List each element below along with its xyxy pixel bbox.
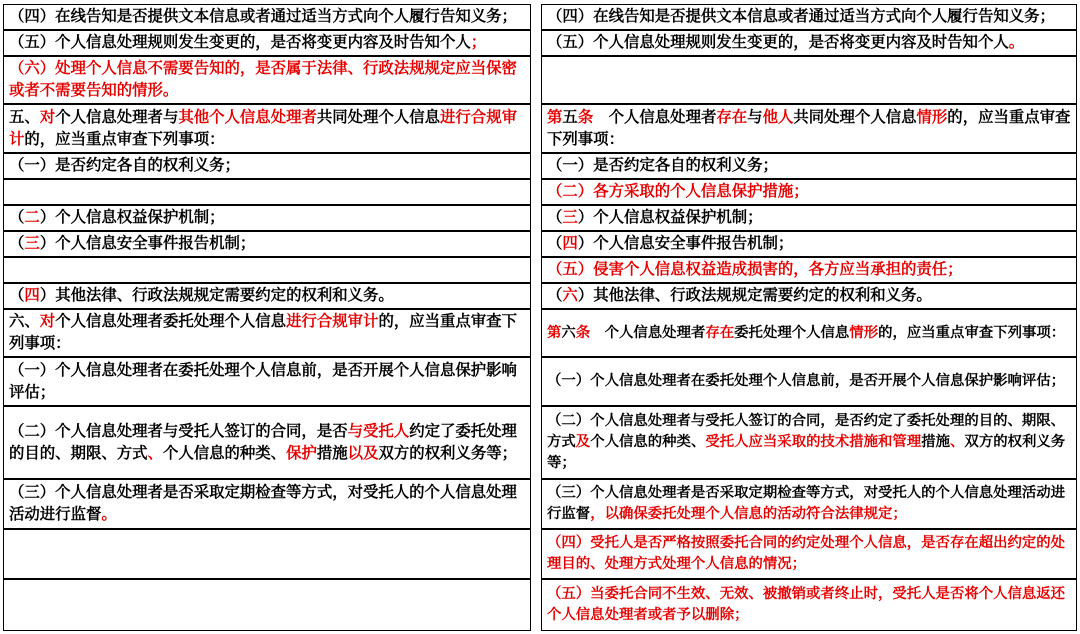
table-row: 六、对个人信息处理者委托处理个人信息进行合规审计的，应当重点审查下列事项：第六条… [3,309,1077,357]
right-cell [541,56,1077,104]
text-segment: （三）个人信息处理者是否采取定期检查等方式，对受托人的个人信息处理活动进行监督 [9,484,517,523]
table-row: （五）侵害个人信息权益造成损害的，各方应当承担的责任； [3,257,1077,283]
text-segment: 三 [24,235,39,252]
text-segment: 。 [1009,34,1024,51]
text-segment: ）个人信息权益保护机制； [40,209,225,226]
text-segment: 委托处理个人信息 [734,325,849,341]
table-row: （五）当委托合同不生效、无效、被撤销或者终止时，受托人是否将个人信息返还个人信息… [3,579,1077,631]
document-page: （四）在线告知是否提供文本信息或者通过适当方式向个人履行告知义务；（四）在线告知… [0,0,1080,634]
text-segment: 三 [562,209,577,226]
text-segment: （四）在线告知是否提供文本信息或者通过适当方式向个人履行告知义务； [9,8,517,25]
table-row: （一）个人信息处理者在委托处理个人信息前，是否开展个人信息保护影响评估；（一）个… [3,357,1077,406]
text-segment: （二）个人信息处理者与受托人签订的合同，是否 [9,423,348,440]
column-gap [531,30,541,56]
text-segment: ； [471,34,486,51]
left-cell: 六、对个人信息处理者委托处理个人信息进行合规审计的，应当重点审查下列事项： [3,309,531,357]
table-row: （二）各方采取的个人信息保护措施； [3,179,1077,205]
text-segment: 情形 [849,325,878,341]
text-segment: 个人信息处理者与 [55,109,178,126]
text-segment: （ [547,235,562,252]
text-segment: （ [547,209,562,226]
text-segment: 个人信息处理者 [590,325,705,341]
text-segment: ）个人信息权益保护机制； [578,209,763,226]
text-segment: 共同处理个人信息 [793,109,916,126]
text-segment: 以及 [348,445,379,462]
text-segment: 措施 [921,434,950,450]
table-body: （四）在线告知是否提供文本信息或者通过适当方式向个人履行告知义务；（四）在线告知… [3,4,1077,631]
table-row: （四）受托人是否严格按照委托合同的约定处理个人信息，是否存在超出约定的处理目的、… [3,529,1077,579]
text-segment: （一）个人信息处理者在委托处理个人信息前，是否开展个人信息保护影响评估； [547,373,1065,389]
right-cell: （五）侵害个人信息权益造成损害的，各方应当承担的责任； [541,257,1077,283]
text-segment: （五）个人信息处理规则发生变更的，是否将变更内容及时告知个人 [547,34,1009,51]
table-row: （五）个人信息处理规则发生变更的，是否将变更内容及时告知个人；（五）个人信息处理… [3,30,1077,56]
text-segment: （四）在线告知是否提供文本信息或者通过适当方式向个人履行告知义务； [547,8,1055,25]
table-row: （二）个人信息处理者与受托人签订的合同，是否与受托人约定了委托处理的目的、期限、… [3,406,1077,479]
right-cell: （二）个人信息处理者与受托人签订的合同，是否约定了委托处理的目的、期限、方式及个… [541,406,1077,479]
text-segment: 个人信息处理者委托处理个人信息 [55,313,286,330]
text-segment: （四）受托人是否严格按照委托合同的约定处理个人信息，是否存在超出约定的处理目的、… [547,535,1065,572]
text-segment: 他人 [763,109,794,126]
right-cell: （一）个人信息处理者在委托处理个人信息前，是否开展个人信息保护影响评估； [541,357,1077,406]
right-cell: （六）其他法律、行政法规规定需要约定的权利和义务。 [541,283,1077,309]
text-segment: 对 [40,313,55,330]
left-cell: （二）个人信息处理者与受托人签订的合同，是否与受托人约定了委托处理的目的、期限、… [3,406,531,479]
left-cell: （一）个人信息处理者在委托处理个人信息前，是否开展个人信息保护影响评估； [3,357,531,406]
left-cell: （三）个人信息处理者是否采取定期检查等方式，对受托人的个人信息处理活动进行监督。 [3,479,531,529]
text-segment: （一）是否约定各自的权利义务； [547,157,778,174]
column-gap [531,4,541,30]
right-cell: （四）在线告知是否提供文本信息或者通过适当方式向个人履行告知义务； [541,4,1077,30]
text-segment: 四 [24,287,39,304]
left-cell: （一）是否约定各自的权利义务； [3,153,531,179]
column-gap [531,309,541,357]
column-gap [531,179,541,205]
text-segment: 、 [950,434,964,450]
table-row: （二）个人信息权益保护机制；（三）个人信息权益保护机制； [3,205,1077,231]
text-segment: （ [9,235,24,252]
text-segment: 其他个人信息处理者 [178,109,317,126]
text-segment: 五、 [9,109,40,126]
right-cell: （二）各方采取的个人信息保护措施； [541,179,1077,205]
text-segment: ）个人信息安全事件报告机制； [40,235,255,252]
comparison-table: （四）在线告知是否提供文本信息或者通过适当方式向个人履行告知义务；（四）在线告知… [3,4,1077,631]
column-gap [531,104,541,153]
left-cell [3,257,531,283]
column-gap [531,231,541,257]
text-segment: 的，应当重点审查下列事项： [24,131,224,148]
text-segment: ）其他法律、行政法规规定需要约定的权利和义务。 [40,287,394,304]
right-cell: （三）个人信息权益保护机制； [541,205,1077,231]
right-cell: 第五条 个人信息处理者存在与他人共同处理个人信息情形的，应当重点审查下列事项： [541,104,1077,153]
table-row: （一）是否约定各自的权利义务；（一）是否约定各自的权利义务； [3,153,1077,179]
text-segment: 条 [576,325,590,341]
text-segment: 情形 [917,109,948,126]
text-segment: 条 [578,109,593,126]
text-segment: 共同处理个人信息 [317,109,440,126]
text-segment: 。 [101,506,116,523]
text-segment: 二 [24,209,39,226]
text-segment: 存在 [705,325,734,341]
table-row: （三）个人信息安全事件报告机制；（四）个人信息安全事件报告机制； [3,231,1077,257]
column-gap [531,479,541,529]
text-segment: 措施 [317,445,348,462]
right-cell: （一）是否约定各自的权利义务； [541,153,1077,179]
text-segment: 及 [576,434,590,450]
text-segment: 第 [547,109,562,126]
table-row: （四）在线告知是否提供文本信息或者通过适当方式向个人履行告知义务；（四）在线告知… [3,4,1077,30]
text-segment: （二）各方采取的个人信息保护措施； [547,183,809,200]
table-row: （四）其他法律、行政法规规定需要约定的权利和义务。（六）其他法律、行政法规规定需… [3,283,1077,309]
text-segment: 对 [40,109,55,126]
text-segment: ）个人信息安全事件报告机制； [578,235,793,252]
text-segment: ，以确保委托处理个人信息的活动符合法律规定； [590,506,907,522]
text-segment: 四 [562,235,577,252]
column-gap [531,357,541,406]
left-cell: （四）在线告知是否提供文本信息或者通过适当方式向个人履行告知义务； [3,4,531,30]
left-cell [3,529,531,579]
text-segment: 与 [747,109,762,126]
column-gap [531,153,541,179]
text-segment: （五）侵害个人信息权益造成损害的，各方应当承担的责任； [547,261,963,278]
left-cell: 五、对个人信息处理者与其他个人信息处理者共同处理个人信息进行合规审计的，应当重点… [3,104,531,153]
left-cell: （六）处理个人信息不需要告知的，是否属于法律、行政法规规定应当保密或者不需要告知… [3,56,531,104]
text-segment: 存在 [716,109,747,126]
text-segment: 六 [562,287,577,304]
text-segment: 个人信息的种类、 [590,434,705,450]
column-gap [531,579,541,631]
text-segment: 双方的权利义务等； [378,445,517,462]
text-segment: 的，应当重点审查下列事项： [878,325,1065,341]
column-gap [531,283,541,309]
right-cell: （四）个人信息安全事件报告机制； [541,231,1077,257]
text-segment: 、 [148,445,163,462]
text-segment: 保护 [286,445,317,462]
right-cell: （五）当委托合同不生效、无效、被撤销或者终止时，受托人是否将个人信息返还个人信息… [541,579,1077,631]
text-segment: 受托人应当采取的技术措施和管理 [705,434,921,450]
column-gap [531,56,541,104]
right-cell: 第六条 个人信息处理者存在委托处理个人信息情形的，应当重点审查下列事项： [541,309,1077,357]
text-segment: （五）个人信息处理规则发生变更的，是否将变更内容及时告知个人 [9,34,471,51]
text-segment: （一）是否约定各自的权利义务； [9,157,240,174]
table-row: （三）个人信息处理者是否采取定期检查等方式，对受托人的个人信息处理活动进行监督。… [3,479,1077,529]
text-segment: （ [547,287,562,304]
right-cell: （五）个人信息处理规则发生变更的，是否将变更内容及时告知个人。 [541,30,1077,56]
column-gap [531,529,541,579]
left-cell: （二）个人信息权益保护机制； [3,205,531,231]
text-segment: 与受托人 [348,423,410,440]
text-segment: （ [9,287,24,304]
text-segment: （五）当委托合同不生效、无效、被撤销或者终止时，受托人是否将个人信息返还个人信息… [547,586,1065,623]
text-segment: 进行合规审计 [286,313,378,330]
text-segment: （六）处理个人信息不需要告知的，是否属于法律、行政法规规定应当保密或者不需要告知… [9,60,517,99]
right-cell: （四）受托人是否严格按照委托合同的约定处理个人信息，是否存在超出约定的处理目的、… [541,529,1077,579]
left-cell: （五）个人信息处理规则发生变更的，是否将变更内容及时告知个人； [3,30,531,56]
table-row: 五、对个人信息处理者与其他个人信息处理者共同处理个人信息进行合规审计的，应当重点… [3,104,1077,153]
table-row: （六）处理个人信息不需要告知的，是否属于法律、行政法规规定应当保密或者不需要告知… [3,56,1077,104]
text-segment: （ [9,209,24,226]
text-segment: 个人信息的种类、 [163,445,286,462]
text-segment: 五 [562,109,577,126]
text-segment: 个人信息处理者 [593,109,716,126]
column-gap [531,205,541,231]
left-cell [3,179,531,205]
text-segment: （一）个人信息处理者在委托处理个人信息前，是否开展个人信息保护影响评估； [9,362,517,401]
left-cell: （四）其他法律、行政法规规定需要约定的权利和义务。 [3,283,531,309]
left-cell: （三）个人信息安全事件报告机制； [3,231,531,257]
column-gap [531,257,541,283]
text-segment: 六、 [9,313,40,330]
text-segment: ）其他法律、行政法规规定需要约定的权利和义务。 [578,287,932,304]
text-segment: 六 [561,325,575,341]
left-cell [3,579,531,631]
column-gap [531,406,541,479]
right-cell: （三）个人信息处理者是否采取定期检查等方式，对受托人的个人信息处理活动进行监督，… [541,479,1077,529]
text-segment: 第 [547,325,561,341]
